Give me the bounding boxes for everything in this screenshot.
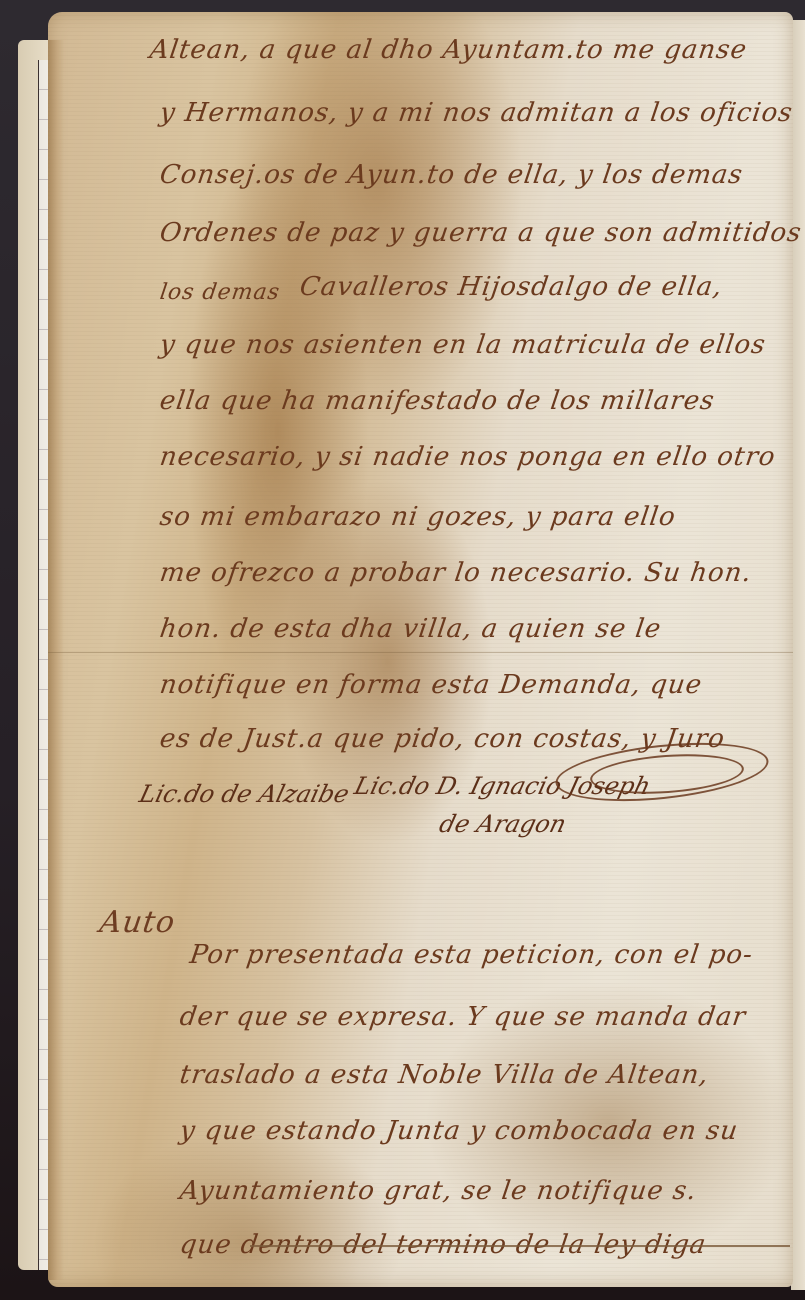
- auto-line: Por presentada esta peticion, con el po-: [188, 940, 755, 970]
- auto-line: traslado a esta Noble Villa de Altean,: [178, 1060, 711, 1090]
- manuscript-line: Cavalleros Hijosdalgo de ella,: [298, 272, 725, 302]
- manuscript-line: Altean, a que al dho Ayuntam.to me ganse: [148, 35, 749, 65]
- manuscript-line: y que nos asienten en la matricula de el…: [158, 330, 768, 360]
- manuscript-line: me ofrezco a probar lo necesario. Su hon…: [158, 558, 754, 588]
- manuscript-line: necesario, y si nadie nos ponga en ello …: [158, 442, 778, 472]
- frayed-left-edge: [48, 40, 64, 1280]
- manuscript-page: [48, 12, 793, 1287]
- manuscript-line: so mi embarazo ni gozes, y para ello: [158, 502, 678, 532]
- manuscript-line: notifique en forma esta Demanda, que: [158, 670, 704, 700]
- manuscript-line: los demas: [158, 280, 281, 305]
- closing-rule-line: [250, 1245, 790, 1247]
- manuscript-line: y Hermanos, y a mi nos admitan a los ofi…: [158, 98, 795, 128]
- auto-line: y que estando Junta y combocada en su: [178, 1116, 740, 1146]
- fold-crease: [48, 652, 793, 653]
- manuscript-line: hon. de esta dha villa, a quien se le: [158, 614, 664, 644]
- manuscript-line: Ordenes de paz y guerra a que son admiti…: [158, 218, 804, 248]
- auto-line: der que se expresa. Y que se manda dar: [178, 1002, 748, 1032]
- signature: de Aragon: [437, 810, 570, 838]
- manuscript-line: Consej.os de Ayun.to de ella, y los dema…: [158, 160, 745, 190]
- auto-line: Ayuntamiento grat, se le notifique s.: [178, 1176, 699, 1206]
- underlying-page-right-edge: [791, 20, 805, 1290]
- manuscript-line: ella que ha manifestado de los millares: [158, 386, 717, 416]
- signature: Lic.do de Alzaibe: [137, 780, 353, 808]
- margin-label-auto: Auto: [98, 905, 178, 940]
